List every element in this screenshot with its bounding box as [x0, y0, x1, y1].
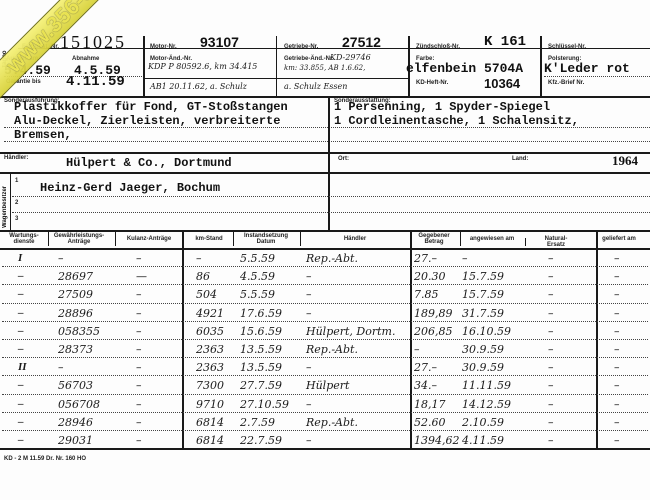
wagenbesitzer-label: Wagenbesitzer: [2, 176, 8, 228]
sonderausfuehrung-line-3: Bremsen,: [14, 128, 72, 142]
owner-3-num: 3: [15, 216, 18, 222]
cell-natural: –: [548, 325, 554, 338]
cell-kulanz: –: [136, 343, 142, 356]
cell-natural: –: [548, 343, 554, 356]
cell-betrag: 18,17: [414, 398, 446, 411]
th-datum: Instandsetzung Datum: [234, 233, 298, 245]
cell-angewiesen: –: [462, 252, 468, 265]
cell-betrag: 7.85: [414, 288, 439, 301]
cell-km: 6035: [196, 325, 224, 338]
cell-datum: 15.6.59: [240, 325, 282, 338]
kdheft-label: KD-Heft-Nr.: [416, 80, 448, 86]
getriebe-value: 27512: [342, 34, 381, 50]
cell-kulanz: —: [136, 270, 147, 283]
cell-datum: 2.7.59: [240, 416, 275, 429]
sonderausstattung-line-2: 1 Cordleinentasche, 1 Schalensitz,: [334, 114, 579, 128]
cell-natural: –: [548, 307, 554, 320]
cell-wartung: –: [18, 270, 24, 282]
cell-kulanz: –: [136, 434, 142, 447]
cell-geliefert: –: [614, 288, 620, 301]
zuendschloss-value: K 161: [484, 34, 526, 50]
haendler-label: Händler:: [4, 155, 28, 161]
cell-haendler: Rep.-Abt.: [306, 416, 358, 429]
cell-geliefert: –: [614, 361, 620, 374]
cell-geliefert: –: [614, 379, 620, 392]
cell-geliefert: –: [614, 270, 620, 283]
cell-km: 4921: [196, 307, 224, 320]
cell-haendler: –: [306, 434, 312, 447]
cell-betrag: 27.–: [414, 361, 437, 374]
cell-natural: –: [548, 288, 554, 301]
cell-datum: 22.7.59: [240, 434, 282, 447]
owner-2-num: 2: [15, 200, 18, 206]
th-geliefert: geliefert am: [590, 236, 648, 242]
th-wartung: Wartungs-dienste: [2, 233, 46, 245]
th-kmstand: km-Stand: [186, 236, 232, 242]
cell-geliefert: –: [614, 252, 620, 265]
getriebe-label: Getriebe-Nr.: [284, 44, 318, 50]
cell-natural: –: [548, 361, 554, 374]
polsterung-value: K'Leder rot: [544, 61, 630, 76]
cell-kulanz: –: [136, 379, 142, 392]
cell-wartung: I: [18, 252, 22, 264]
owner-1-num: 1: [15, 178, 18, 184]
cell-gew: 28373: [58, 343, 93, 356]
cell-gew: 56703: [58, 379, 93, 392]
cell-natural: –: [548, 270, 554, 283]
haendler-value: Hülpert & Co., Dortmund: [66, 156, 232, 170]
motor-and-value: KDP P 80592.6, km 34.415: [148, 62, 257, 71]
cell-angewiesen: 15.7.59: [462, 270, 504, 283]
cell-angewiesen: 31.7.59: [462, 307, 504, 320]
cell-geliefert: –: [614, 307, 620, 320]
cell-km: 6814: [196, 434, 224, 447]
cell-kulanz: –: [136, 288, 142, 301]
cell-gew: 28697: [58, 270, 93, 283]
land-label: Land:: [512, 156, 528, 162]
cell-gew: 27509: [58, 288, 93, 301]
cell-wartung: –: [18, 434, 24, 446]
cell-betrag: 20.30: [414, 270, 446, 283]
abnahme-label: Abnahme: [72, 56, 99, 62]
th-kulanz: Kulanz-Anträge: [116, 236, 182, 242]
cell-wartung: –: [18, 343, 24, 355]
cell-natural: –: [548, 398, 554, 411]
cell-haendler: Hülpert: [306, 379, 349, 392]
kfzbrief-label: Kfz.-Brief Nr.: [548, 80, 584, 86]
owner-1-name: Heinz-Gerd Jaeger, Bochum: [40, 181, 220, 195]
cell-natural: –: [548, 252, 554, 265]
th-natural: Natural-Ersatz: [536, 236, 576, 248]
cell-wartung: –: [18, 288, 24, 300]
cell-natural: –: [548, 416, 554, 429]
cell-geliefert: –: [614, 398, 620, 411]
watermark-banner: www.356-online.com: [0, 0, 203, 109]
cell-kulanz: –: [136, 398, 142, 411]
kardex-card: Tagoo Fahrgest.-Nr. 151025 Motor-Nr. 931…: [0, 0, 650, 500]
cell-datum: 17.6.59: [240, 307, 282, 320]
cell-wartung: –: [18, 398, 24, 410]
cell-wartung: –: [18, 416, 24, 428]
cell-gew: 058355: [58, 325, 100, 338]
getriebe-and-line2: km: 33.855, AB 1.6.62,: [284, 64, 365, 72]
getriebe-and-value: KD-29746: [330, 53, 371, 62]
cell-gew: 28946: [58, 416, 93, 429]
cell-gew: –: [58, 252, 64, 265]
ort-label: Ort:: [338, 156, 349, 162]
cell-datum: 13.5.59: [240, 343, 282, 356]
garantie-value: 4.11.59: [66, 74, 125, 90]
cell-haendler: Hülpert, Dortm.: [306, 325, 395, 338]
cell-km: 7300: [196, 379, 224, 392]
cell-angewiesen: 16.10.59: [462, 325, 511, 338]
cell-haendler: Rep.-Abt.: [306, 343, 358, 356]
cell-datum: 4.5.59: [240, 270, 275, 283]
schluessel-label: Schlüssel-Nr.: [548, 44, 586, 50]
cell-betrag: 189,89: [414, 307, 453, 320]
cell-angewiesen: 2.10.59: [462, 416, 504, 429]
cell-angewiesen: 30.9.59: [462, 361, 504, 374]
sonderausfuehrung-line-1: Plastikkoffer für Fond, GT-Stoßstangen: [14, 100, 288, 114]
cell-km: 504: [196, 288, 217, 301]
th-betrag: Gegebener Betrag: [412, 233, 456, 245]
cell-km: 2363: [196, 343, 224, 356]
th-haendler: Händler: [300, 236, 410, 242]
cell-wartung: –: [18, 325, 24, 337]
cell-kulanz: –: [136, 416, 142, 429]
cell-natural: –: [548, 379, 554, 392]
cell-gew: 28896: [58, 307, 93, 320]
cell-haendler: –: [306, 270, 312, 283]
cell-gew: 29031: [58, 434, 93, 447]
cell-angewiesen: 30.9.59: [462, 343, 504, 356]
cell-geliefert: –: [614, 325, 620, 338]
cell-datum: 5.5.59: [240, 288, 275, 301]
cell-datum: 27.10.59: [240, 398, 289, 411]
motor-label: Motor-Nr.: [150, 44, 177, 50]
year-value: 1964: [612, 153, 638, 169]
getriebe-and-label: Getriebe-Änd.-Nr.: [284, 56, 334, 62]
cell-betrag: 1394,62: [414, 434, 460, 447]
cell-haendler: Rep.-Abt.: [306, 252, 358, 265]
cell-datum: 13.5.59: [240, 361, 282, 374]
cell-geliefert: –: [614, 434, 620, 447]
cell-kulanz: –: [136, 325, 142, 338]
cell-angewiesen: 4.11.59: [462, 434, 504, 447]
cell-kulanz: –: [136, 307, 142, 320]
getriebe-and-note: a. Schulz Essen: [284, 82, 347, 91]
kdheft-value: 10364: [484, 76, 520, 91]
cell-natural: –: [548, 434, 554, 447]
cell-km: 2363: [196, 361, 224, 374]
cell-wartung: –: [18, 379, 24, 391]
cell-km: 6814: [196, 416, 224, 429]
cell-angewiesen: 11.11.59: [462, 379, 511, 392]
cell-angewiesen: 15.7.59: [462, 288, 504, 301]
cell-betrag: 34.–: [414, 379, 437, 392]
cell-kulanz: –: [136, 361, 142, 374]
cell-geliefert: –: [614, 343, 620, 356]
farbe-value: elfenbein 5704A: [406, 61, 523, 76]
cell-datum: 27.7.59: [240, 379, 282, 392]
cell-datum: 5.5.59: [240, 252, 275, 265]
cell-km: 9710: [196, 398, 224, 411]
cell-betrag: 27.–: [414, 252, 437, 265]
cell-haendler: –: [306, 398, 312, 411]
cell-gew: –: [58, 361, 64, 374]
cell-betrag: 206,85: [414, 325, 453, 338]
cell-angewiesen: 14.12.59: [462, 398, 511, 411]
cell-gew: 056708: [58, 398, 100, 411]
fahrgestell-value: 151025: [60, 32, 126, 53]
cell-km: 86: [196, 270, 210, 283]
cell-haendler: –: [306, 361, 312, 374]
cell-km: –: [196, 252, 202, 265]
sonderausstattung-line-1: 1 Persenning, 1 Spyder-Spiegel: [334, 100, 550, 114]
cell-haendler: –: [306, 288, 312, 301]
motor-and-note: AB1 20.11.62, a. Schulz: [150, 82, 247, 91]
motor-value: 93107: [200, 34, 239, 50]
cell-haendler: –: [306, 307, 312, 320]
cell-wartung: II: [18, 361, 27, 373]
sonderausfuehrung-line-2: Alu-Deckel, Zierleisten, verbreiterte: [14, 114, 280, 128]
zuendschloss-label: Zündschloß-Nr.: [416, 44, 460, 50]
cell-betrag: –: [414, 343, 420, 356]
th-gewaehrleistung: Gewährleistungs-Anträge: [48, 233, 110, 245]
th-angewiesen: angewiesen am: [462, 236, 522, 242]
cell-wartung: –: [18, 307, 24, 319]
cell-geliefert: –: [614, 416, 620, 429]
cell-kulanz: –: [136, 252, 142, 265]
cell-betrag: 52.60: [414, 416, 446, 429]
form-code: KD - 2 M 11.59 Dr. Nr. 160 HO: [4, 456, 86, 462]
